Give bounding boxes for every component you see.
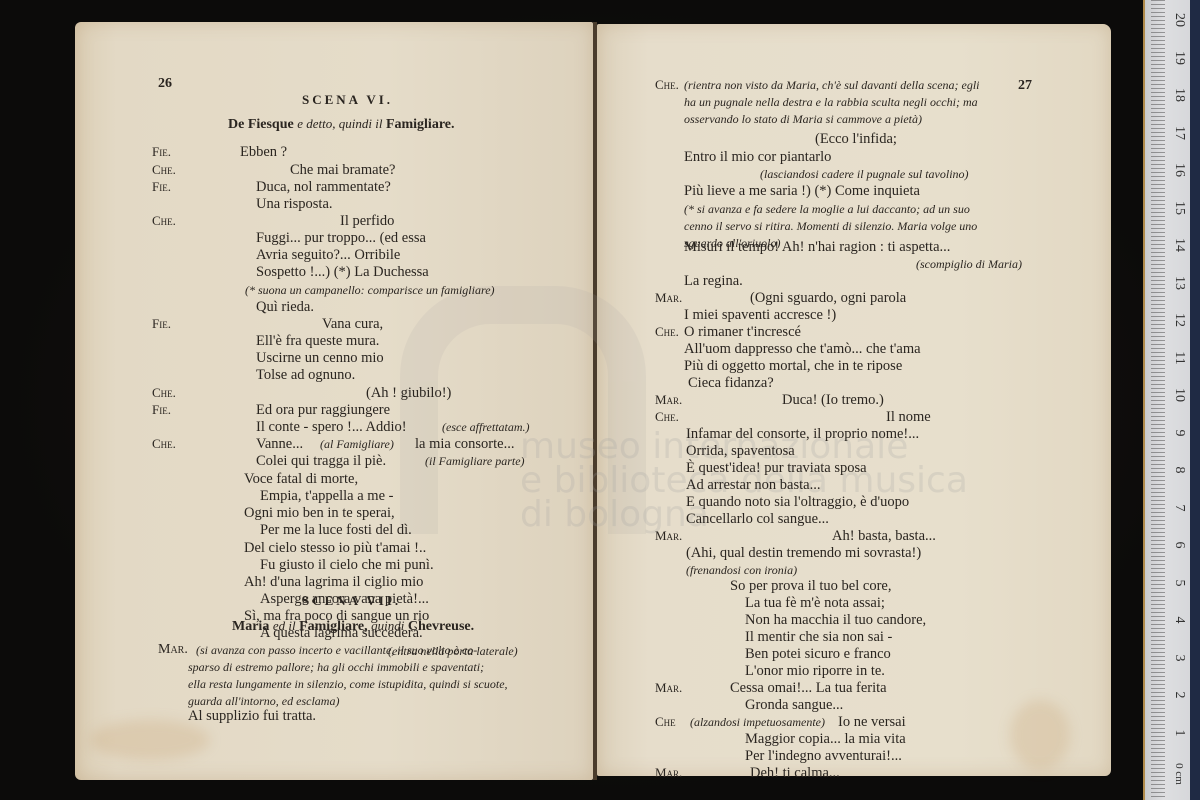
ruler-ticks <box>1151 0 1165 800</box>
stage-direction: (* si avanza e fa sedere la moglie a lui… <box>684 200 970 218</box>
ruler-mark: 17 <box>1171 121 1187 145</box>
dialogue-line: Il mentir che sia non sai - <box>745 628 892 646</box>
speaker-label: Fie. <box>152 178 171 196</box>
dialogue-line: Ben potei sicuro e franco <box>745 645 891 663</box>
dialogue-line: Una risposta. <box>256 195 333 213</box>
dialogue-line: Per l'indegno avventurai!... <box>745 747 902 765</box>
speaker-label: Che. <box>655 408 679 426</box>
dialogue-line: Fu giusto il cielo che mi punì. <box>260 556 434 574</box>
stage-direction: sguardo all'oriuolo) <box>684 234 780 252</box>
dialogue-line: Più di oggetto mortal, che in te ripose <box>684 357 902 375</box>
dialogue-line: Duca, nol rammentate? <box>256 178 391 196</box>
scene-subtitle-vii: Maria ed il Famigliare, quindi Chevreuse… <box>232 618 474 635</box>
ruler-mark: 18 <box>1171 83 1187 107</box>
connector-text: ed il <box>273 618 296 633</box>
ruler-edge <box>1190 0 1200 800</box>
stage-direction: ella resta lungamente in silenzio, come … <box>188 675 508 693</box>
watermark-logo <box>400 286 646 534</box>
stage-direction: (si avanza con passo incerto e vacillant… <box>196 641 477 659</box>
speaker-label: Che. <box>655 323 679 341</box>
dialogue-line: Maggior copia... la mia vita <box>745 730 906 748</box>
ruler-mark: 10 <box>1171 383 1187 407</box>
dialogue-line: I miei spaventi accresce !) <box>684 306 836 324</box>
dialogue-line: Non ha macchia il tuo candore, <box>745 611 926 629</box>
speaker-label: Mar. <box>158 641 188 659</box>
ruler-mark: 1 <box>1171 721 1187 745</box>
ruler-mark: 13 <box>1171 271 1187 295</box>
ruler-mark: 8 <box>1171 458 1187 482</box>
ruler-mark: 6 <box>1171 533 1187 557</box>
ruler-mark: 5 <box>1171 571 1187 595</box>
paper-stain <box>90 720 210 760</box>
dialogue-line: Il conte - spero !... Addio! <box>256 418 407 436</box>
dialogue-line: Voce fatal di morte, <box>244 470 358 488</box>
dialogue-line: Sospetto !...) (*) La Duchessa <box>256 263 429 281</box>
dialogue-line: (Ah ! giubilo!) <box>366 384 451 402</box>
dialogue-line: Colei qui tragga il piè. <box>256 452 386 470</box>
dialogue-line: So per prova il tuo bel core, <box>730 577 891 595</box>
dialogue-line: Ebben ? <box>240 143 287 161</box>
dialogue-line: Infamar del consorte, il proprio nome!..… <box>686 425 919 443</box>
measurement-ruler: 2019181716151413121110987654321 0 cm <box>1143 0 1192 800</box>
speaker-label: Che. <box>152 212 176 230</box>
dialogue-line: Del cielo stesso io più t'amai !.. <box>244 539 426 557</box>
stage-direction: ha un pugnale nella destra e la rabbia s… <box>684 93 978 111</box>
page-number-left: 26 <box>158 76 172 92</box>
speaker-label: Mar. <box>655 764 682 782</box>
dialogue-line: Cancellarlo col sangue... <box>686 510 829 528</box>
ruler-mark: 20 <box>1171 8 1187 32</box>
character-name: De Fiesque <box>228 117 294 132</box>
dialogue-line: Ell'è fra queste mura. <box>256 332 379 350</box>
stage-direction: osservando lo stato di Maria si cammove … <box>684 110 922 128</box>
scene-title-vi: SCENA VI. <box>302 92 393 108</box>
dialogue-line: O rimaner t'increscé <box>684 323 801 341</box>
speaker-label: Fie. <box>152 315 171 333</box>
stage-direction: (al Famigliare) <box>320 435 394 453</box>
dialogue-line: All'uom dappresso che t'amò... che t'ama <box>684 340 921 358</box>
stage-direction: (rientra non visto da Maria, ch'è sul da… <box>684 76 980 94</box>
ruler-unit-label: 0 cm <box>1173 762 1185 786</box>
dialogue-line: Tolse ad ognuno. <box>256 366 355 384</box>
dialogue-line: Orrida, spaventosa <box>686 442 795 460</box>
dialogue-line: La tua fè m'è nota assai; <box>745 594 885 612</box>
dialogue-line: Che mai bramate? <box>290 161 395 179</box>
character-name: Famigliare, <box>299 619 368 634</box>
stage-direction: (scompiglio di Maria) <box>916 255 1022 273</box>
speaker-label: Fie. <box>152 143 171 161</box>
dialogue-line: Entro il mio cor piantarlo <box>684 148 831 166</box>
speaker-label: Mar. <box>655 679 682 697</box>
stage-direction: (esce affrettatam.) <box>442 418 530 436</box>
stage-direction: (* suona un campanello: comparisce un fa… <box>245 281 495 299</box>
character-name: Famigliare. <box>386 117 455 132</box>
dialogue-line: Cieca fidanza? <box>688 374 774 392</box>
speaker-label: Fie. <box>152 401 171 419</box>
stage-direction: (frenandosi con ironia) <box>686 561 797 579</box>
dialogue-line: Duca! (Io tremo.) <box>782 391 884 409</box>
dialogue-line: Empia, t'appella a me - <box>260 487 393 505</box>
character-name: Chevreuse. <box>408 619 474 634</box>
ruler-mark: 14 <box>1171 233 1187 257</box>
dialogue-line: Vana cura, <box>322 315 383 333</box>
speaker-label: Che <box>655 713 676 731</box>
ruler-mark: 4 <box>1171 608 1187 632</box>
stage-direction: cenno il servo si ritira. Momenti di sil… <box>684 217 977 235</box>
connector-text: e detto, quindi il <box>297 116 382 131</box>
speaker-label: Mar. <box>655 391 682 409</box>
dialogue-line: Ogni mio ben in te sperai, <box>244 504 395 522</box>
speaker-label: Che. <box>152 161 176 179</box>
dialogue-line: E quando noto sia l'oltraggio, è d'uopo <box>686 493 909 511</box>
speaker-label: Mar. <box>655 289 682 307</box>
speaker-label: Mar. <box>655 527 682 545</box>
ruler-mark: 2 <box>1171 683 1187 707</box>
dialogue-line: Fuggi... pur troppo... (ed essa <box>256 229 426 247</box>
dialogue-line: Il perfido <box>340 212 394 230</box>
ruler-mark: 12 <box>1171 308 1187 332</box>
page-number-right: 27 <box>1018 78 1032 94</box>
scene-subtitle-vi: De Fiesque e detto, quindi il Famigliare… <box>228 116 455 133</box>
stage-direction: (alzandosi impetuosamente) <box>690 713 825 731</box>
speaker-label: Che. <box>152 384 176 402</box>
dialogue-line: Il nome <box>886 408 931 426</box>
dialogue-line: (Ahi, qual destin tremendo mi sovrasta!) <box>686 544 921 562</box>
dialogue-line: Ad arrestar non basta... <box>686 476 820 494</box>
dialogue-line: Avria seguito?... Orribile <box>256 246 400 264</box>
dialogue-line: la mia consorte... <box>415 435 514 453</box>
dialogue-line: Quì rieda. <box>256 298 314 316</box>
speaker-label: Che. <box>655 76 679 94</box>
dialogue-line: Cessa omai!... La tua ferita <box>730 679 887 697</box>
ruler-mark: 11 <box>1171 346 1187 370</box>
dialogue-line: Ed ora pur raggiungere <box>256 401 390 419</box>
dialogue-line: Vanne... <box>256 435 303 453</box>
dialogue-line: Deh! ti calma... <box>750 764 840 782</box>
dialogue-line: (Ecco l'infida; <box>815 130 897 148</box>
paper-stain <box>1010 700 1070 770</box>
dialogue-line: È quest'idea! pur traviata sposa <box>686 459 867 477</box>
stage-direction: sparso di estremo pallore; ha gli occhi … <box>188 658 484 676</box>
ruler-mark: 9 <box>1171 421 1187 445</box>
connector-text: quindi <box>371 618 404 633</box>
dialogue-line: L'onor mio riporre in te. <box>745 662 885 680</box>
dialogue-line: Uscirne un cenno mio <box>256 349 384 367</box>
dialogue-line: Al supplizio fui tratta. <box>188 707 316 725</box>
dialogue-line: Ah! d'una lagrima il ciglio mio <box>244 573 423 591</box>
dialogue-line: Più lieve a me saria !) (*) Come inquiet… <box>684 182 920 200</box>
dialogue-line: La regina. <box>684 272 743 290</box>
ruler-mark: 15 <box>1171 196 1187 220</box>
ruler-mark: 19 <box>1171 46 1187 70</box>
dialogue-line: Ah! basta, basta... <box>832 527 936 545</box>
stage-direction: (lasciandosi cadere il pugnale sul tavol… <box>760 165 969 183</box>
dialogue-line: Io ne versai <box>838 713 906 731</box>
dialogue-line: Per me la luce fosti del dì. <box>260 521 412 539</box>
ruler-mark: 3 <box>1171 646 1187 670</box>
ruler-mark: 7 <box>1171 496 1187 520</box>
dialogue-line: Gronda sangue... <box>745 696 843 714</box>
character-name: Maria <box>232 619 269 634</box>
scene-title-vii: SCENA VII. <box>302 593 401 609</box>
ruler-mark: 16 <box>1171 158 1187 182</box>
speaker-label: Che. <box>152 435 176 453</box>
stage-direction: (il Famigliare parte) <box>425 452 525 470</box>
dialogue-line: (Ogni sguardo, ogni parola <box>750 289 906 307</box>
